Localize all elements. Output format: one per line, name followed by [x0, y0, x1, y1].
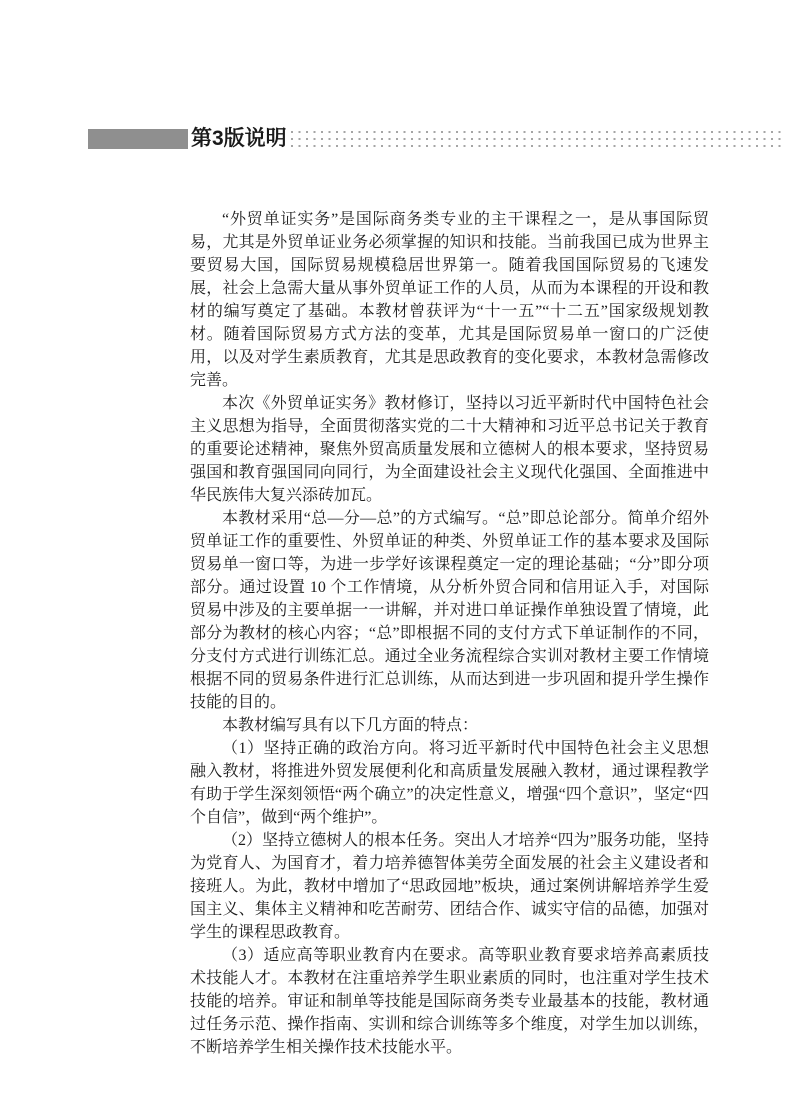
paragraph: （2）坚持立德树人的根本任务。突出人才培养“四为”服务功能，坚持为党育人、为国育… — [190, 829, 709, 944]
dot-row — [291, 138, 786, 140]
paragraph: 本次《外贸单证实务》教材修订，坚持以习近平新时代中国特色社会主义思想为指导，全面… — [190, 392, 709, 507]
paragraph: （3）适应高等职业教育内在要求。高等职业教育要求培养高素质技术技能人才。本教材在… — [190, 944, 709, 1059]
section-header: 第3版说明 — [88, 126, 786, 152]
paragraph: 本教材采用“总—分—总”的方式编写。“总”即总论部分。简单介绍外贸单证工作的重要… — [190, 507, 709, 714]
paragraph: 本教材编写具有以下几方面的特点： — [190, 714, 709, 737]
header-bar-decoration — [88, 129, 188, 149]
paragraph: “外贸单证实务”是国际商务类专业的主干课程之一，是从事国际贸易，尤其是外贸单证业… — [190, 208, 709, 392]
section-title: 第3版说明 — [188, 126, 291, 152]
book-page: 第3版说明 “外贸单证实务”是国际商务类专业的主干课程之一，是从事国际贸易，尤其… — [0, 0, 790, 1100]
body-text: “外贸单证实务”是国际商务类专业的主干课程之一，是从事国际贸易，尤其是外贸单证业… — [190, 208, 709, 1059]
dotted-rule-decoration — [291, 128, 786, 150]
dot-row — [291, 131, 786, 133]
dot-row — [291, 145, 786, 147]
paragraph: （1）坚持正确的政治方向。将习近平新时代中国特色社会主义思想融入教材，将推进外贸… — [190, 737, 709, 829]
